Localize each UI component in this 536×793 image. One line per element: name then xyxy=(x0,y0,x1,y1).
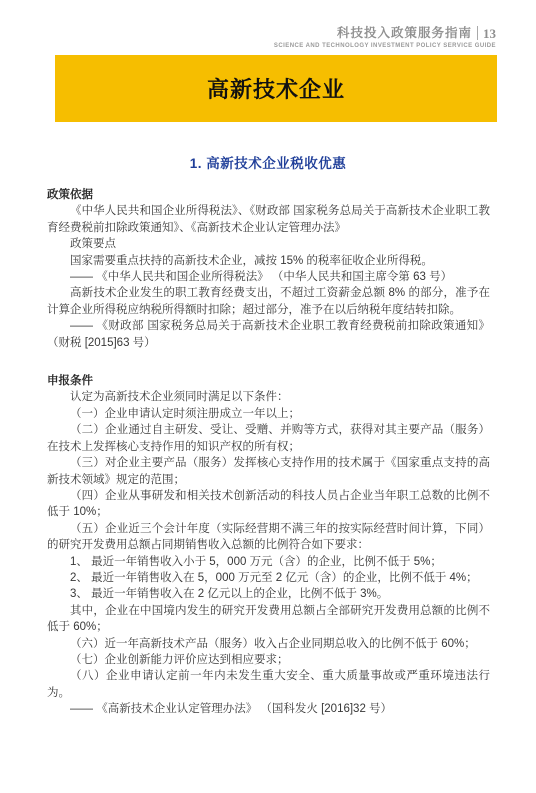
paragraph-citation: —— 《高新技术企业认定管理办法》 （国科发火 [2016]32 号） xyxy=(47,701,490,717)
banner-title: 高新技术企业 xyxy=(207,73,345,104)
paragraph-condition-6: （六）近一年高新技术产品（服务）收入占企业同期总收入的比例不低于 60%； xyxy=(47,636,490,652)
paragraph-subitem-1: 1、 最近一年销售收入小于 5，000 万元（含）的企业，比例不低于 5%； xyxy=(47,554,490,570)
paragraph-citation: —— 《财政部 国家税务总局关于高新技术企业职工教育经费税前扣除政策通知》 （财… xyxy=(47,318,490,351)
application-conditions-heading: 申报条件 xyxy=(47,373,490,389)
paragraph-condition-2: （二）企业通过自主研发、受让、受赠、并购等方式，获得对其主要产品（服务）在技术上… xyxy=(47,422,490,455)
document-page: 科技投入政策服务指南 13 SCIENCE AND TECHNOLOGY INV… xyxy=(0,0,536,793)
paragraph: 《中华人民共和国企业所得税法》、《财政部 国家税务总局关于高新技术企业职工教育经… xyxy=(47,203,490,236)
header-page-number: 13 xyxy=(483,27,496,40)
paragraph: 政策要点 xyxy=(47,236,490,252)
title-banner: 高新技术企业 xyxy=(55,55,497,122)
document-body: 政策依据 《中华人民共和国企业所得税法》、《财政部 国家税务总局关于高新技术企业… xyxy=(0,187,536,718)
paragraph-condition-3: （三）对企业主要产品（服务）发挥核心支持作用的技术属于《国家重点支持的高新技术领… xyxy=(47,455,490,488)
section-heading: 1. 高新技术企业税收优惠 xyxy=(0,152,536,172)
paragraph-condition-7: （七）企业创新能力评价应达到相应要求； xyxy=(47,652,490,668)
paragraph: 认定为高新技术企业须同时满足以下条件： xyxy=(47,389,490,405)
header-divider xyxy=(477,26,478,40)
page-header: 科技投入政策服务指南 13 SCIENCE AND TECHNOLOGY INV… xyxy=(0,0,536,49)
paragraph: 高新技术企业发生的职工教育经费支出，不超过工资薪金总额 8% 的部分，准予在计算… xyxy=(47,285,490,318)
paragraph-citation: —— 《中华人民共和国企业所得税法》 （中华人民共和国主席令第 63 号） xyxy=(47,269,490,285)
paragraph: 其中，企业在中国境内发生的研究开发费用总额占全部研究开发费用总额的比例不低于 6… xyxy=(47,603,490,636)
paragraph-subitem-2: 2、 最近一年销售收入在 5，000 万元至 2 亿元（含）的企业，比例不低于 … xyxy=(47,570,490,586)
header-title: 科技投入政策服务指南 xyxy=(337,27,472,40)
paragraph: 国家需要重点扶持的高新技术企业，减按 15% 的税率征收企业所得税。 xyxy=(47,253,490,269)
paragraph-subitem-3: 3、 最近一年销售收入在 2 亿元以上的企业，比例不低于 3%。 xyxy=(47,586,490,602)
paragraph-condition-8: （八）企业申请认定前一年内未发生重大安全、重大质量事故或严重环境违法行为。 xyxy=(47,668,490,701)
header-subtitle: SCIENCE AND TECHNOLOGY INVESTMENT POLICY… xyxy=(0,43,496,49)
paragraph-condition-5: （五）企业近三个会计年度（实际经营期不满三年的按实际经营时间计算，下同）的研究开… xyxy=(47,521,490,554)
paragraph-condition-1: （一）企业申请认定时须注册成立一年以上； xyxy=(47,406,490,422)
header-title-row: 科技投入政策服务指南 13 xyxy=(0,26,496,40)
policy-basis-heading: 政策依据 xyxy=(47,187,490,203)
paragraph-condition-4: （四）企业从事研发和相关技术创新活动的科技人员占企业当年职工总数的比例不低于 1… xyxy=(47,488,490,521)
